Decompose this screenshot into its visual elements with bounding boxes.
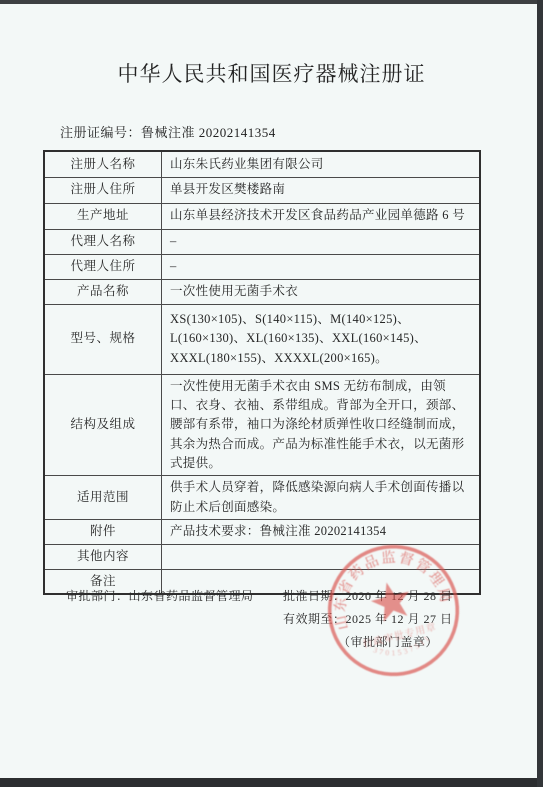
registration-number-label: 注册证编号： <box>60 125 141 140</box>
registration-number-line: 注册证编号：鲁械注准 20202141354 <box>60 122 276 141</box>
approval-department-line: 审批部门：山东省药品监督管理局 <box>66 587 254 604</box>
row-value: 山东单县经济技术开发区食品药品产业园单德路 6 号 <box>162 203 481 229</box>
approval-dates-block: 批准日期：2020 年 12 月 28 日 有效期至：2025 年 12 月 2… <box>283 585 493 654</box>
row-value: 山东朱氏药业集团有限公司 <box>162 151 481 177</box>
row-label: 代理人名称 <box>44 229 162 254</box>
row-label: 结构及组成 <box>44 374 162 476</box>
valid-until-label: 有效期至： <box>283 612 346 626</box>
row-label: 生产地址 <box>44 203 162 229</box>
row-label: 注册人名称 <box>44 151 162 177</box>
row-label: 注册人住所 <box>44 177 162 203</box>
table-row: 代理人住所 – <box>44 254 480 279</box>
table-row: 其他内容 <box>44 545 480 569</box>
table-row: 代理人名称 – <box>44 229 480 254</box>
row-value <box>162 545 481 569</box>
registration-number-value: 鲁械注准 20202141354 <box>141 125 276 140</box>
approval-date-label: 批准日期： <box>283 589 346 603</box>
table-row: 生产地址 山东单县经济技术开发区食品药品产业园单德路 6 号 <box>44 203 480 229</box>
table-row: 注册人名称 山东朱氏药业集团有限公司 <box>44 151 480 177</box>
row-value: 一次性使用无菌手术衣 <box>162 279 481 304</box>
certificate-title: 中华人民共和国医疗器械注册证 <box>0 58 543 88</box>
approval-department-value: 山东省药品监督管理局 <box>129 589 254 603</box>
table-row: 附件 产品技术要求：鲁械注准 20202141354 <box>44 520 480 545</box>
row-label: 附件 <box>44 520 162 545</box>
row-value: XS(130×105)、S(140×115)、M(140×125)、L(160×… <box>162 304 481 374</box>
row-label: 适用范围 <box>44 476 162 520</box>
row-label: 产品名称 <box>44 279 162 304</box>
scan-border-right <box>537 0 543 787</box>
row-value: 单县开发区樊楼路南 <box>162 177 481 203</box>
table-row: 注册人住所 单县开发区樊楼路南 <box>44 177 480 203</box>
scanned-document: 中华人民共和国医疗器械注册证 注册证编号：鲁械注准 20202141354 注册… <box>0 0 543 787</box>
row-value: 供手术人员穿着，降低感染源向病人手术创面传播以防止术后创面感染。 <box>162 476 481 520</box>
row-value: – <box>162 229 481 254</box>
row-label: 其他内容 <box>44 545 162 569</box>
approval-department-label: 审批部门： <box>66 589 129 603</box>
table-row: 型号、规格 XS(130×105)、S(140×115)、M(140×125)、… <box>44 304 480 374</box>
row-label: 型号、规格 <box>44 304 162 374</box>
row-label: 代理人住所 <box>44 254 162 279</box>
valid-until-value: 2025 年 12 月 27 日 <box>346 612 453 626</box>
table-row: 结构及组成 一次性使用无菌手术衣由 SMS 无纺布制成，由领口、衣身、衣袖、系带… <box>44 374 480 476</box>
seal-instruction-note: （审批部门盖章） <box>283 631 493 654</box>
certificate-table: 注册人名称 山东朱氏药业集团有限公司 注册人住所 单县开发区樊楼路南 生产地址 … <box>43 150 481 595</box>
row-value: 产品技术要求：鲁械注准 20202141354 <box>162 520 481 545</box>
scan-border-bottom <box>0 778 543 787</box>
certificate-page: 中华人民共和国医疗器械注册证 注册证编号：鲁械注准 20202141354 注册… <box>0 0 543 787</box>
valid-until-line: 有效期至：2025 年 12 月 27 日 <box>283 612 453 626</box>
row-value: – <box>162 254 481 279</box>
approval-date-line: 批准日期：2020 年 12 月 28 日 <box>283 589 453 603</box>
row-value: 一次性使用无菌手术衣由 SMS 无纺布制成，由领口、衣身、衣袖、系带组成。背部为… <box>162 374 481 476</box>
approval-date-value: 2020 年 12 月 28 日 <box>346 589 453 603</box>
table-row: 适用范围 供手术人员穿着，降低感染源向病人手术创面传播以防止术后创面感染。 <box>44 476 480 520</box>
scan-border-top <box>0 0 543 4</box>
table-row: 产品名称 一次性使用无菌手术衣 <box>44 279 480 304</box>
